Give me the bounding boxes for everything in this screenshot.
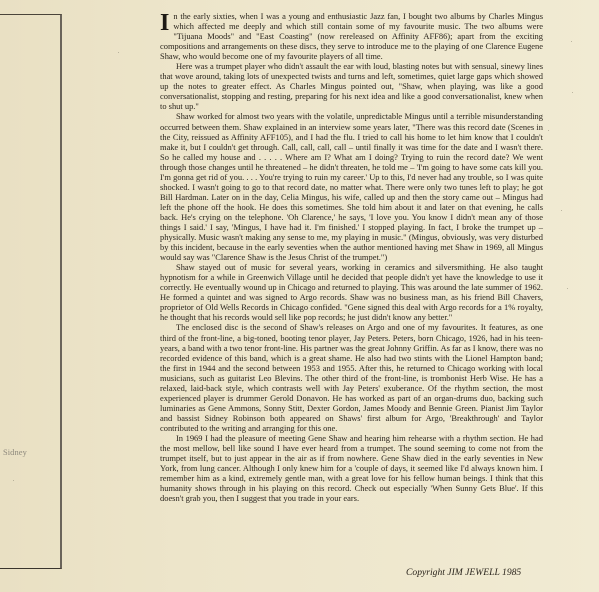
paper-speck <box>571 41 572 42</box>
paper-speck <box>572 92 573 93</box>
paper-speck <box>567 288 568 289</box>
paragraph-personnel: The enclosed disc is the second of Shaw'… <box>160 322 543 433</box>
paragraph-mingus-incident: Shaw worked for almost two years with th… <box>160 111 543 262</box>
adjacent-panel-outline <box>0 14 62 569</box>
paragraph-intro-text: n the early sixties, when I was a young … <box>160 11 543 61</box>
copyright-signature: Copyright JIM JEWELL 1985 <box>406 567 521 578</box>
paper-speck <box>118 52 119 53</box>
paper-speck <box>13 480 14 481</box>
paragraph-hiatus: Shaw stayed out of music for several yea… <box>160 262 543 322</box>
paragraph-memory: In 1969 I had the pleasure of meeting Ge… <box>160 433 543 503</box>
drop-cap: I <box>160 13 169 32</box>
paragraph-style: Here was a trumpet player who didn't ass… <box>160 61 543 111</box>
adjacent-panel-label: Sidney <box>3 448 27 457</box>
paper-speck <box>548 130 549 131</box>
paragraph-intro: In the early sixties, when I was a young… <box>160 11 543 61</box>
paper-speck <box>561 210 562 211</box>
liner-notes-article: In the early sixties, when I was a young… <box>160 11 543 503</box>
